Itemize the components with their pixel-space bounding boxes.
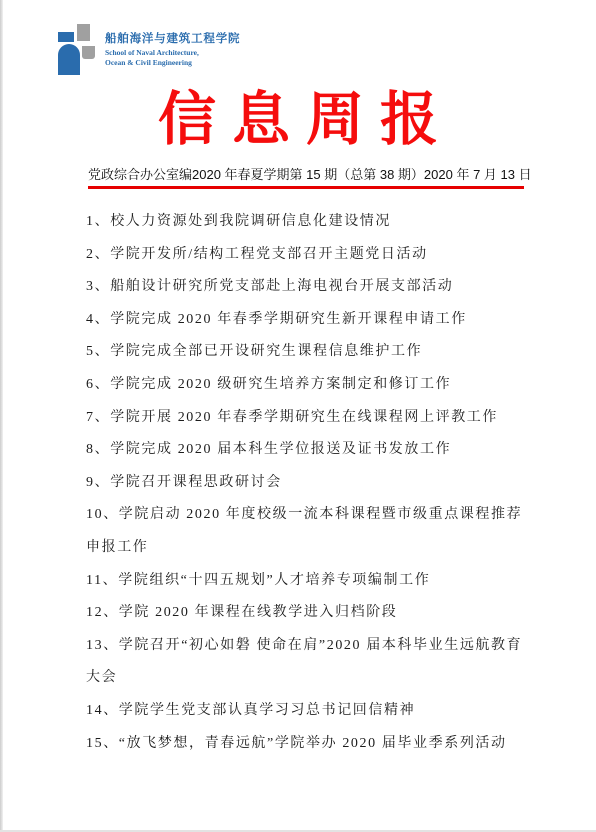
list-item: 10、学院启动 2020 年度校级一流本科课程暨市级重点课程推荐申报工作 [86,499,524,564]
list-item: 11、学院组织“十四五规划”人才培养专项编制工作 [86,565,524,598]
list-item: 2、学院开发所/结构工程党支部召开主题党日活动 [86,239,524,272]
school-name-english: School of Naval Architecture, Ocean & Ci… [105,48,240,67]
bulletin-title: 信息周报 [0,84,596,154]
list-item: 6、学院完成 2020 级研究生培养方案制定和修订工作 [86,369,524,402]
bulletin-page: 船舶海洋与建筑工程学院 School of Naval Architecture… [0,0,596,832]
masthead-editor: 党政综合办公室编 [88,164,192,183]
masthead-line: 党政综合办公室编 2020 年春夏学期第 15 期（总第 38 期） 2020 … [88,164,524,183]
list-item: 13、学院召开“初心如磐 使命在肩”2020 届本科毕业生远航教育大会 [86,630,524,695]
logo-gray-small-shape [82,46,95,59]
school-name-chinese: 船舶海洋与建筑工程学院 [105,30,240,46]
school-logo: 船舶海洋与建筑工程学院 School of Naval Architecture… [57,23,240,75]
list-item: 12、学院 2020 年课程在线教学进入归档阶段 [86,597,524,630]
list-item: 7、学院开展 2020 年春季学期研究生在线课程网上评教工作 [86,402,524,435]
red-divider-rule [88,186,524,189]
list-item: 15、“放飞梦想，青春远航”学院举办 2020 届毕业季系列活动 [86,728,524,761]
list-item: 4、学院完成 2020 年春季学期研究生新开课程申请工作 [86,304,524,337]
school-logo-icon [57,23,96,75]
school-name-english-line1: School of Naval Architecture, [105,48,240,58]
masthead-date: 2020 年 7 月 13 日 [424,164,532,183]
list-item: 5、学院完成全部已开设研究生课程信息维护工作 [86,336,524,369]
logo-gray-tall-shape [77,24,90,41]
list-item: 3、船舶设计研究所党支部赴上海电视台开展支部活动 [86,271,524,304]
news-list: 1、校人力资源处到我院调研信息化建设情况 2、学院开发所/结构工程党支部召开主题… [86,206,524,760]
list-item: 9、学院召开课程思政研讨会 [86,467,524,500]
masthead-issue: 2020 年春夏学期第 15 期（总第 38 期） [192,164,424,183]
list-item: 14、学院学生党支部认真学习习总书记回信精神 [86,695,524,728]
logo-blue-arch-shape [58,44,80,75]
list-item: 1、校人力资源处到我院调研信息化建设情况 [86,206,524,239]
school-name-english-line2: Ocean & Civil Engineering [105,58,240,68]
list-item: 8、学院完成 2020 届本科生学位报送及证书发放工作 [86,434,524,467]
school-logo-text: 船舶海洋与建筑工程学院 School of Naval Architecture… [105,23,240,75]
logo-blue-rect-shape [58,32,74,42]
